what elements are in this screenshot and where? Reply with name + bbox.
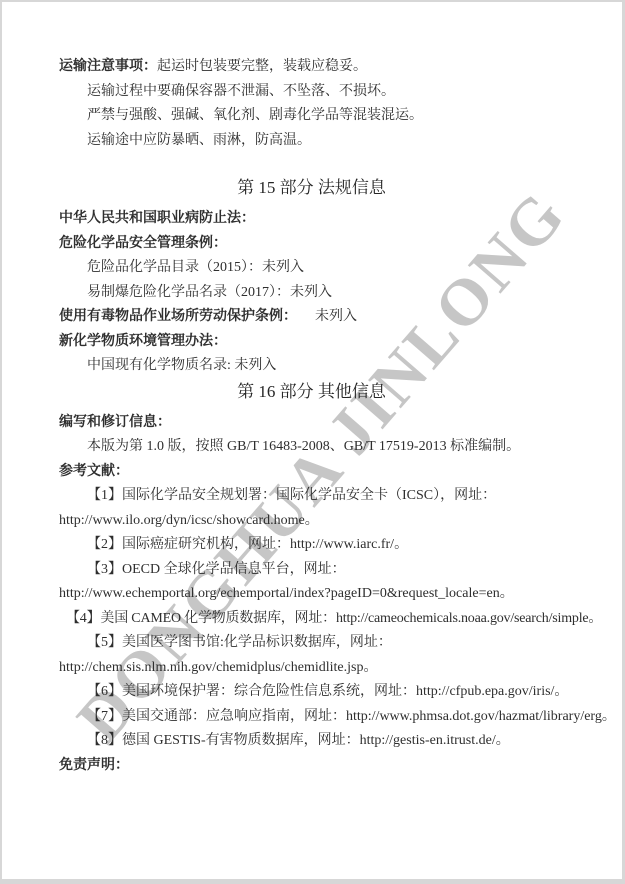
toxic-workplace-label: 使用有毒物品作业场所劳动保护条例：	[59, 309, 297, 324]
section-15-title: 第 15 部分 法规信息	[36, 175, 587, 201]
document-page: DONGHUA JINLONG 运输注意事项：起运时包装要完整，装载应稳妥。 运…	[2, 2, 622, 879]
disclaimer-label: 免责声明：	[59, 754, 610, 779]
hazchem-catalog-item: 危险品化学品目录（2015）：未列入	[87, 256, 610, 281]
new-substance-item: 中国现有化学物质名录: 未列入	[87, 354, 610, 379]
reference-3: 【3】OECD 全球化学品信息平台，网址：	[87, 558, 610, 583]
reference-4: 【4】美国 CAMEO 化学物质数据库，网址：http://cameochemi…	[66, 607, 610, 632]
reference-6: 【6】美国环境保护署：综合危险性信息系统，网址：http://cfpub.epa…	[87, 680, 610, 705]
transport-precautions-label: 运输注意事项：	[59, 59, 157, 74]
transport-note-1: 运输过程中要确保容器不泄漏、不坠落、不损坏。	[87, 80, 610, 105]
page-content: 运输注意事项：起运时包装要完整，装载应稳妥。 运输过程中要确保容器不泄漏、不坠落…	[2, 2, 622, 778]
reference-8: 【8】德国 GESTIS-有害物质数据库，网址：http://gestis-en…	[87, 729, 610, 754]
transport-precautions-line: 运输注意事项：起运时包装要完整，装载应稳妥。	[59, 55, 610, 80]
transport-note-2: 严禁与强酸、强碱、氧化剂、剧毒化学品等混装混运。	[87, 104, 610, 129]
transport-precautions-intro: 起运时包装要完整，装载应稳妥。	[157, 59, 367, 74]
revision-info-label: 编写和修订信息：	[59, 411, 610, 436]
new-substance-law-label: 新化学物质环境管理办法：	[59, 330, 610, 355]
law-occupational-disease: 中华人民共和国职业病防止法：	[59, 207, 610, 232]
explosive-precursor-item: 易制爆危险化学品名录（2017）：未列入	[87, 281, 610, 306]
reference-2: 【2】国际癌症研究机构，网址：http://www.iarc.fr/。	[87, 533, 610, 558]
reference-5-url: http://chem.sis.nlm.nih.gov/chemidplus/c…	[59, 656, 610, 681]
transport-note-3: 运输途中应防暴晒、雨淋，防高温。	[87, 129, 610, 154]
reference-3-url: http://www.echemportal.org/echemportal/i…	[59, 582, 610, 607]
toxic-workplace-value: 未列入	[315, 309, 357, 324]
revision-info-text: 本版为第 1.0 版，按照 GB/T 16483-2008、GB/T 17519…	[87, 435, 610, 460]
reference-5: 【5】美国医学图书馆:化学品标识数据库，网址：	[87, 631, 610, 656]
toxic-workplace-line: 使用有毒物品作业场所劳动保护条例：未列入	[59, 305, 610, 330]
reference-7: 【7】美国交通部：应急响应指南，网址：http://www.phmsa.dot.…	[87, 705, 610, 730]
reference-1: 【1】国际化学品安全规划署：国际化学品安全卡（ICSC），网址：	[87, 484, 610, 509]
section-16-title: 第 16 部分 其他信息	[36, 379, 587, 405]
law-hazchem-regulation: 危险化学品安全管理条例：	[59, 232, 610, 257]
references-label: 参考文献：	[59, 460, 610, 485]
reference-1-url: http://www.ilo.org/dyn/icsc/showcard.hom…	[59, 509, 610, 534]
